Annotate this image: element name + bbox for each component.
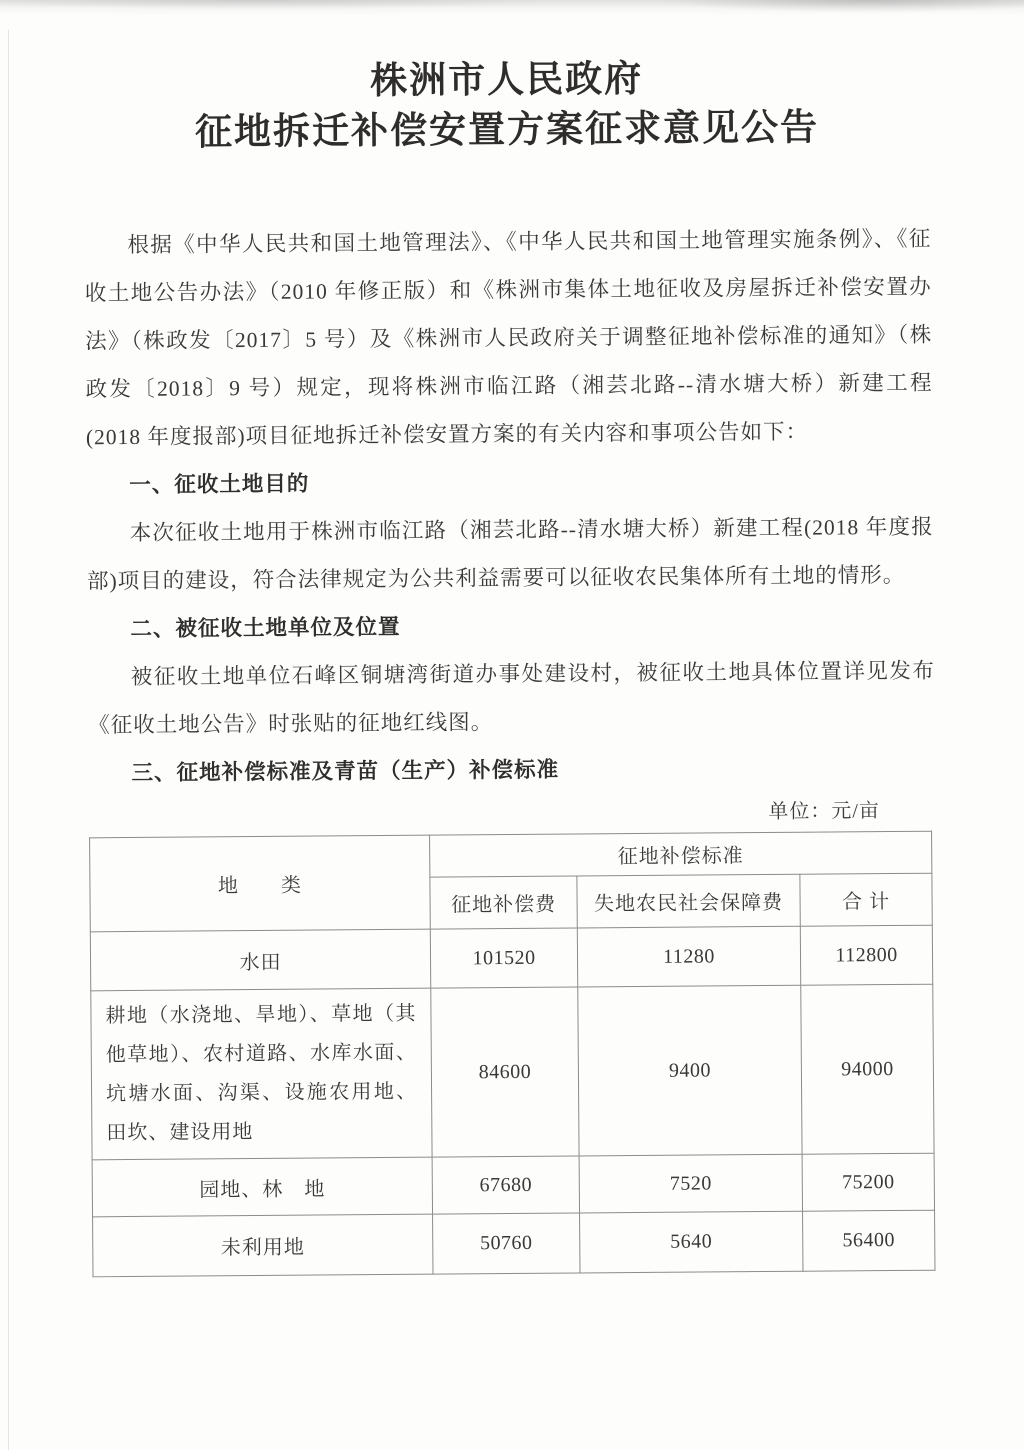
cell-total: 94000 — [801, 984, 934, 1154]
table-row-unused-land: 未利用地 50760 5640 56400 — [93, 1210, 935, 1277]
intro-paragraph: 根据《中华人民共和国土地管理法》、《中华人民共和国土地管理实施条例》、《征收土地… — [84, 215, 933, 462]
document-sheet: 株洲市人民政府 征地拆迁补偿安置方案征求意见公告 根据《中华人民共和国土地管理法… — [0, 0, 1024, 1278]
cell-compensation: 67680 — [432, 1156, 579, 1214]
cell-land-type: 未利用地 — [93, 1214, 433, 1277]
cell-compensation: 101520 — [430, 928, 577, 988]
cell-land-type: 耕地（水浇地、旱地）、草地（其他草地）、农村道路、水库水面、坑塘水面、沟渠、设施… — [91, 988, 432, 1160]
compensation-standards-table: 地 类 征地补偿标准 征地补偿费 失地农民社会保障费 合 计 水田 101520… — [89, 831, 935, 1278]
column-group-header-compensation-standard: 征地补偿标准 — [430, 831, 932, 877]
cell-total: 112800 — [800, 925, 932, 985]
table-row-garden-forest-land: 园地、林 地 67680 7520 75200 — [92, 1153, 934, 1217]
cell-compensation: 84600 — [431, 987, 579, 1157]
column-header-total: 合 计 — [800, 873, 932, 926]
cell-social-security: 5640 — [580, 1211, 803, 1273]
cell-land-type: 园地、林 地 — [92, 1157, 432, 1217]
cell-social-security: 9400 — [578, 985, 802, 1156]
section-2-heading: 二、被征收土地单位及位置 — [87, 599, 934, 654]
cell-social-security: 7520 — [579, 1154, 802, 1213]
document-title-line1: 株洲市人民政府 — [83, 53, 930, 110]
cell-land-type: 水田 — [90, 929, 430, 991]
section-1-heading: 一、征收土地目的 — [86, 455, 933, 510]
column-header-social-security-fee: 失地农民社会保障费 — [577, 874, 800, 928]
section-2-body: 被征收土地单位石峰区铜塘湾街道办事处建设村，被征收土地具体位置详见发布《征收土地… — [88, 647, 936, 750]
table-row-cultivated-land: 耕地（水浇地、旱地）、草地（其他草地）、农村道路、水库水面、坑塘水面、沟渠、设施… — [91, 984, 934, 1160]
cell-social-security: 11280 — [577, 926, 800, 987]
section-1-body: 本次征收土地用于株洲市临江路（湘芸北路--清水塘大桥）新建工程(2018 年度报… — [86, 503, 934, 606]
column-header-land-compensation-fee: 征地补偿费 — [430, 876, 577, 929]
cell-compensation: 50760 — [433, 1213, 580, 1274]
table-row-paddy-field: 水田 101520 11280 112800 — [90, 925, 932, 991]
document-title-line2: 征地拆迁补偿安置方案征求意见公告 — [83, 103, 930, 160]
document-body: 株洲市人民政府 征地拆迁补偿安置方案征求意见公告 根据《中华人民共和国土地管理法… — [0, 52, 1024, 1278]
column-header-land-type: 地 类 — [90, 835, 431, 932]
cell-total: 75200 — [802, 1153, 934, 1211]
table-unit-label: 单位：元/亩 — [89, 791, 936, 838]
section-3-heading: 三、征地补偿标准及青苗（生产）补偿标准 — [88, 743, 935, 798]
scanned-document-page: 株洲市人民政府 征地拆迁补偿安置方案征求意见公告 根据《中华人民共和国土地管理法… — [0, 0, 1024, 1450]
table-header-row-1: 地 类 征地补偿标准 — [90, 831, 932, 880]
cell-total: 56400 — [803, 1210, 935, 1271]
